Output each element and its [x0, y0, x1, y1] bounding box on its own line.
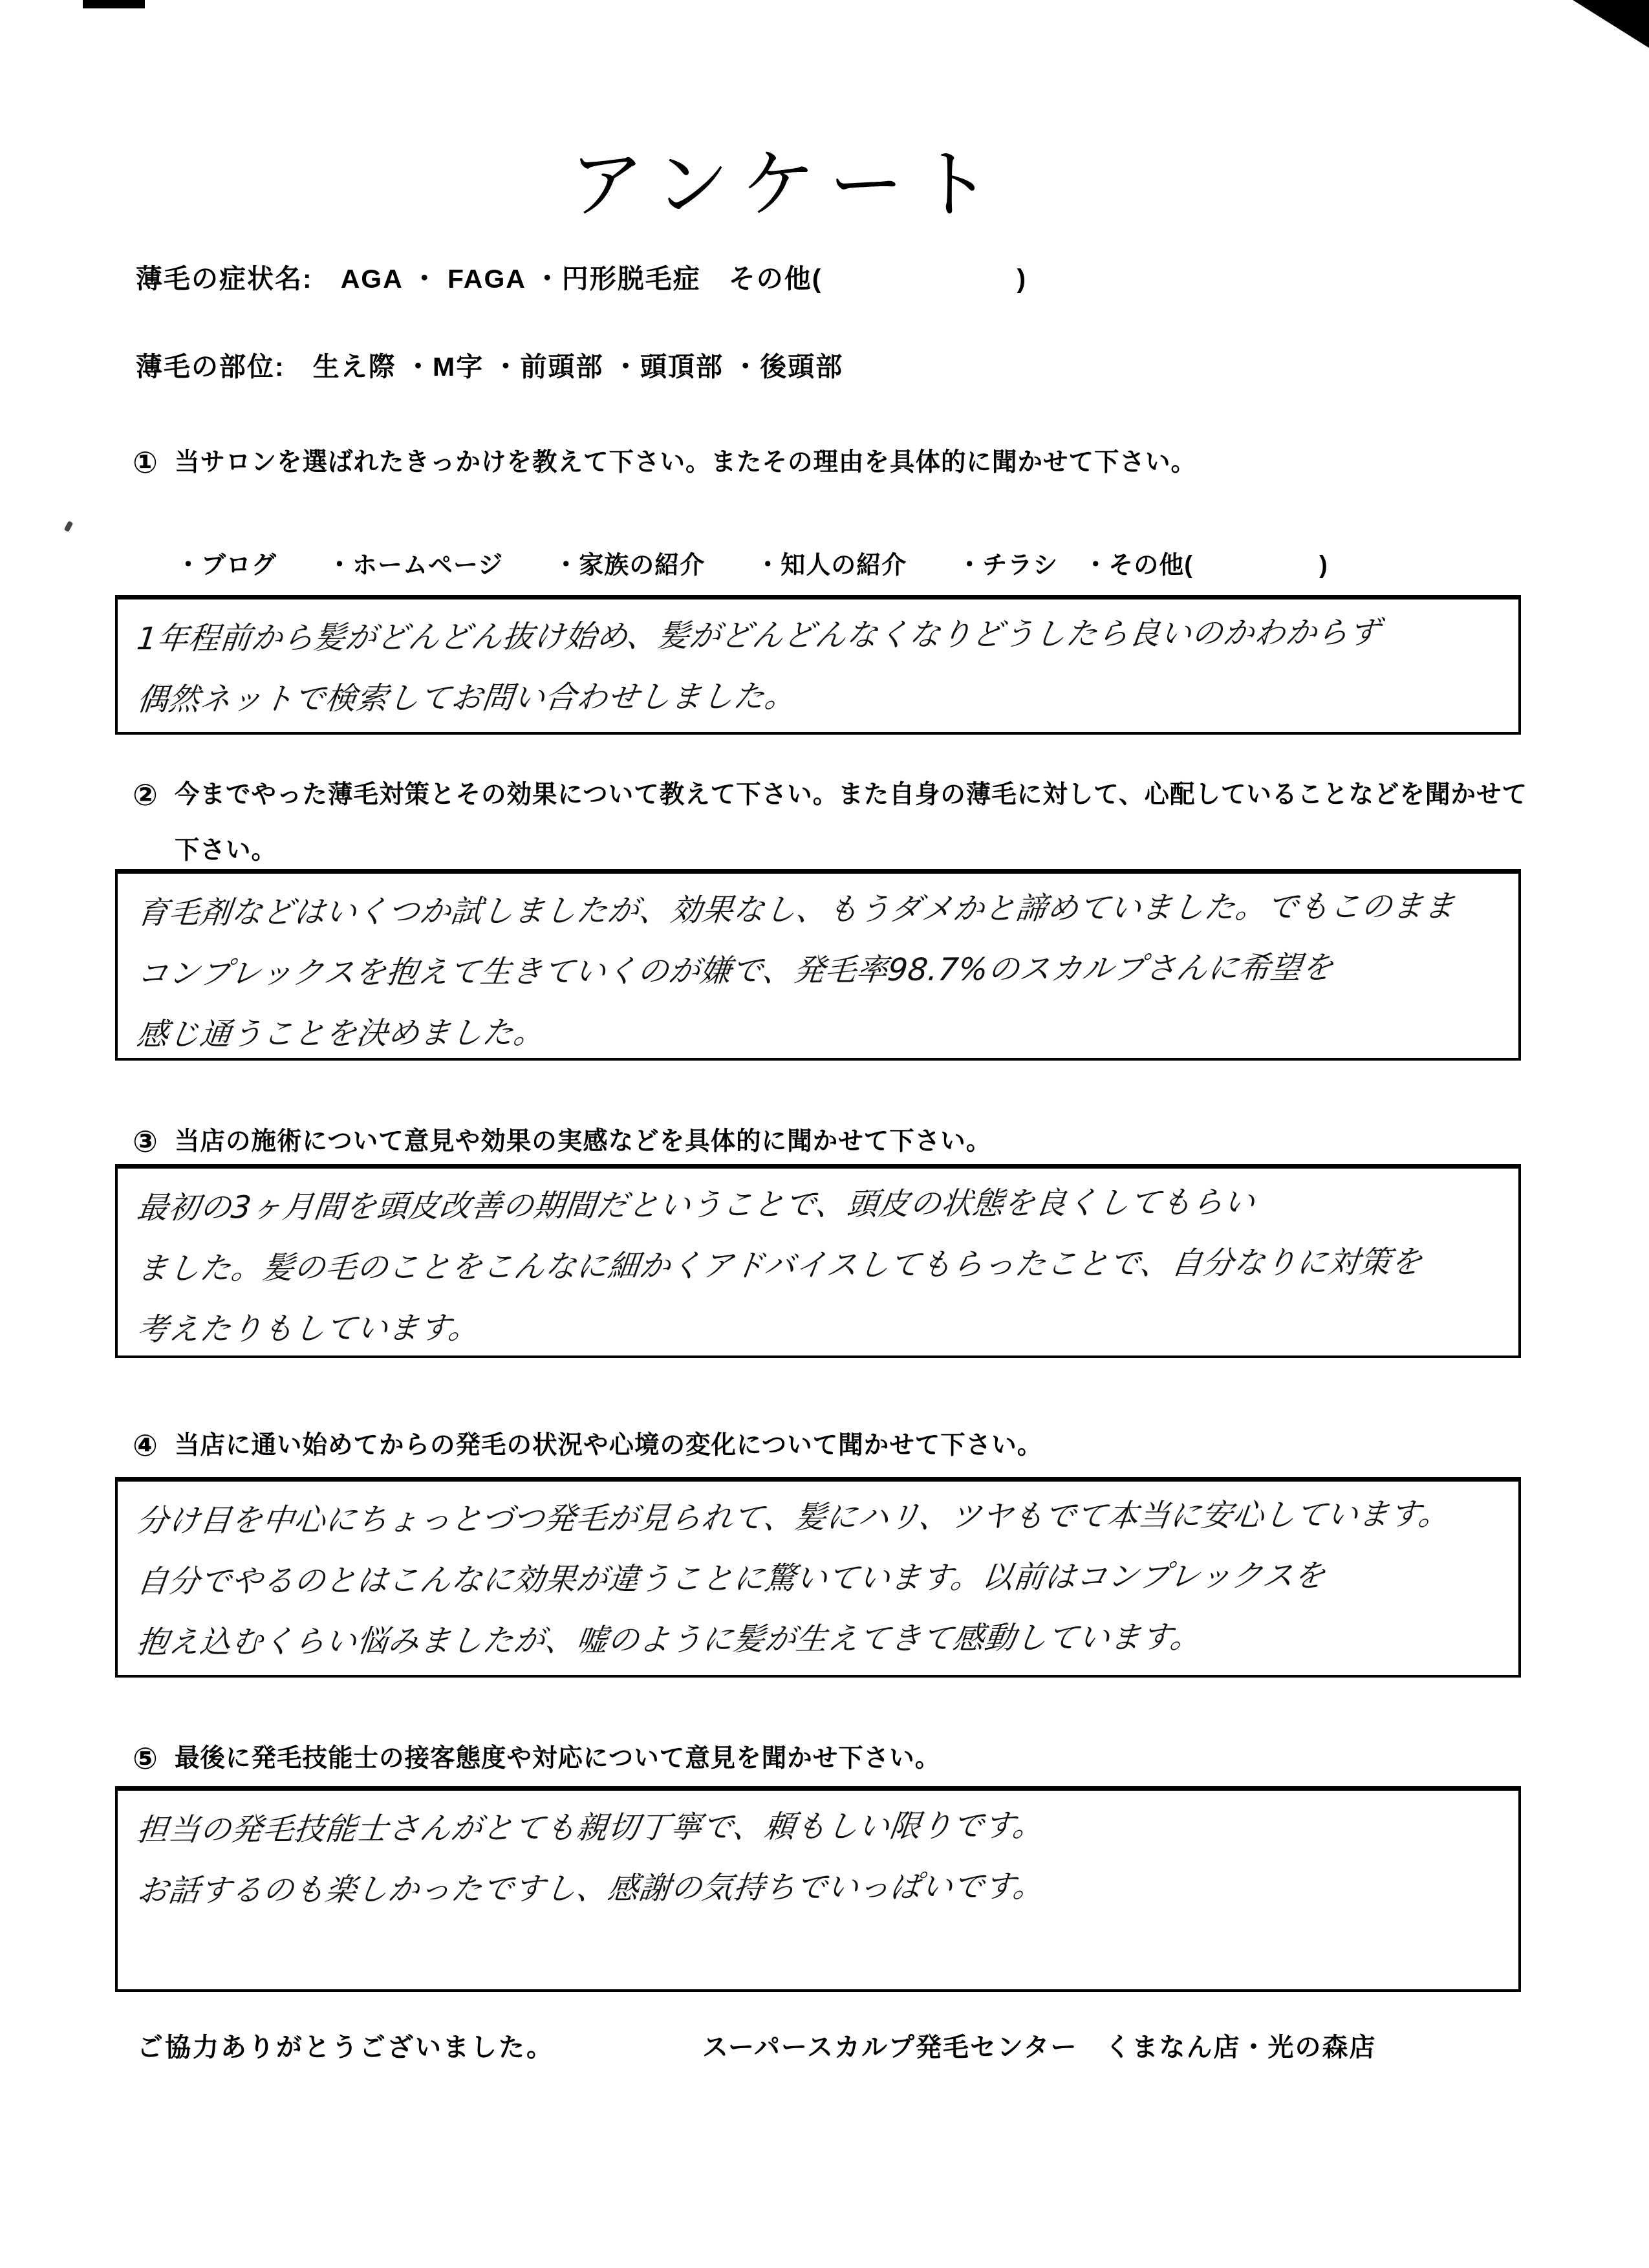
question-5-number: ⑤ — [133, 1731, 158, 1786]
handwritten-answer-1-line-2: 偶然ネットで検索してお問い合わせしました。 — [133, 662, 1509, 730]
handwritten-answer-3-line-1: 最初の3ヶ月間を頭皮改善の期間だということで、頭皮の状態を良くしてもらい — [133, 1171, 1509, 1238]
field-symptom-line: 薄毛の症状名: AGA ・ FAGA ・円形脱毛症 その他( ) — [136, 257, 1027, 296]
question-1-text: 当サロンを選ばれたきっかけを教えて下さい。またその理由を具体的に聞かせて下さい。 — [175, 435, 1196, 490]
handwritten-answer-2-line-1: 育毛剤などはいくつか試しましたが、効果なし、もうダメかと諦めていました。でもこの… — [133, 876, 1509, 944]
question-1-number: ① — [133, 435, 158, 490]
page-title: アンケート — [0, 124, 1611, 232]
question-4-text: 当店に通い始めてからの発毛の状況や心境の変化について聞かせて下さい。 — [175, 1418, 1042, 1473]
question-1: ① 当サロンを選ばれたきっかけを教えて下さい。またその理由を具体的に聞かせて下さ… — [133, 435, 1542, 490]
field-area-line: 薄毛の部位: 生え際 ・M字 ・前頭部 ・頭頂部 ・後頭部 — [136, 345, 843, 383]
handwritten-answer-1-line-1: 1年程前から髪がどんどん抜け始め、髪がどんどんなくなりどうしたら良いのかわからず — [133, 601, 1509, 669]
answer-box-2: 育毛剤などはいくつか試しましたが、効果なし、もうダメかと諦めていました。でもこの… — [115, 869, 1521, 1061]
question-3-text: 当店の施術について意見や効果の実感などを具体的に聞かせて下さい。 — [175, 1114, 991, 1169]
question-2: ② 今までやった薄毛対策とその効果について教えて下さい。また自身の薄毛に対して、… — [133, 767, 1542, 878]
handwritten-answer-4-line-1: 分け目を中心にちょっとづつ発毛が見られて、髪にハリ、ツヤもでて本当に安心していま… — [133, 1484, 1509, 1551]
answer-box-3: 最初の3ヶ月間を頭皮改善の期間だということで、頭皮の状態を良くしてもらい ました… — [115, 1164, 1521, 1358]
question-5-text: 最後に発毛技能士の接客態度や対応について意見を聞かせ下さい。 — [175, 1731, 940, 1786]
footer-shop-name: スーパースカルプ発毛センター くまなん店・光の森店 — [702, 2027, 1376, 2064]
handwritten-answer-5-line-1: 担当の発毛技能士さんがとても親切丁寧で、頼もしい限りです。 — [133, 1793, 1509, 1861]
answer-box-5: 担当の発毛技能士さんがとても親切丁寧で、頼もしい限りです。 お話するのも楽しかっ… — [115, 1786, 1521, 1992]
scanned-survey-page: アンケート 薄毛の症状名: AGA ・ FAGA ・円形脱毛症 その他( ) 薄… — [0, 0, 1649, 2268]
handwritten-answer-2-line-3: 感じ通うことを決めました。 — [133, 997, 1509, 1065]
handwritten-answer-3-line-2: ました。髪の毛のことをこんなに細かくアドバイスしてもらったことで、自分なりに対策… — [133, 1231, 1509, 1299]
handwritten-answer-3-line-3: 考えたりもしています。 — [133, 1292, 1509, 1360]
question-5: ⑤ 最後に発毛技能士の接客態度や対応について意見を聞かせ下さい。 — [133, 1731, 1542, 1786]
answer-box-4: 分け目を中心にちょっとづつ発毛が見られて、髪にハリ、ツヤもでて本当に安心していま… — [115, 1477, 1521, 1678]
footer-thanks-text: ご協力ありがとうございました。 — [137, 2027, 554, 2064]
question-2-text: 今までやった薄毛対策とその効果について教えて下さい。また自身の薄毛に対して、心配… — [175, 767, 1542, 878]
handwritten-answer-2-line-2: コンプレックスを抱えて生きていくのが嫌で、発毛率98.7%のスカルプさんに希望を — [133, 936, 1509, 1004]
question-3-number: ③ — [133, 1114, 158, 1169]
question-4-number: ④ — [133, 1418, 158, 1473]
question-4: ④ 当店に通い始めてからの発毛の状況や心境の変化について聞かせて下さい。 — [133, 1418, 1542, 1473]
scan-artifact-top-left-mark — [83, 0, 145, 8]
scan-artifact-speck — [64, 521, 74, 532]
answer-box-1: 1年程前から髪がどんどん抜け始め、髪がどんどんなくなりどうしたら良いのかわからず… — [115, 595, 1521, 735]
scan-artifact-corner — [1573, 0, 1649, 48]
question-1-options: ・ブログ ・ホームページ ・家族の紹介 ・知人の紹介 ・チラシ ・その他( ) — [176, 545, 1328, 580]
handwritten-answer-4-line-3: 抱え込むくらい悩みましたが、嘘のように髪が生えてきて感動しています。 — [133, 1605, 1509, 1673]
question-3: ③ 当店の施術について意見や効果の実感などを具体的に聞かせて下さい。 — [133, 1114, 1542, 1169]
handwritten-answer-5-line-2: お話するのも楽しかったですし、感謝の気持ちでいっぱいです。 — [133, 1853, 1509, 1921]
question-2-number: ② — [133, 767, 158, 823]
handwritten-answer-4-line-2: 自分でやるのとはこんなに効果が違うことに驚いています。以前はコンプレックスを — [133, 1544, 1509, 1612]
